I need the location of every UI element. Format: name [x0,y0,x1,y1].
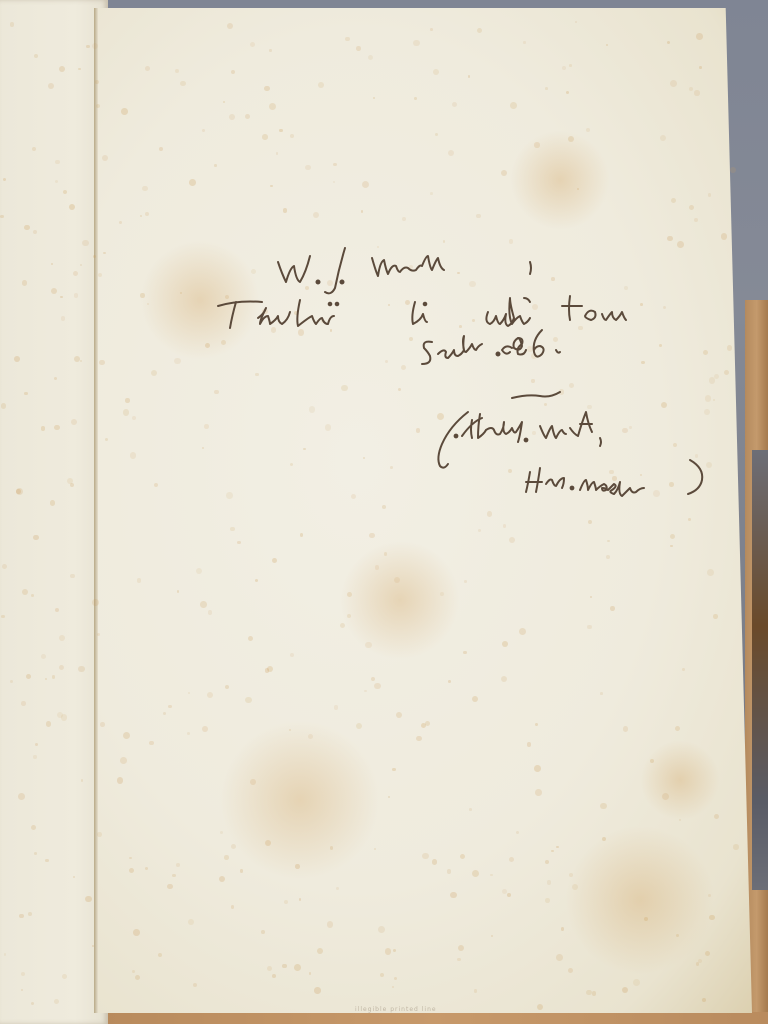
wooden-surface-bottom [100,1012,768,1024]
book-gutter [94,8,98,1013]
printer-bleed-through: illegible printed line [355,1006,437,1013]
shadow-gap [752,450,768,890]
left-page [0,0,108,1024]
